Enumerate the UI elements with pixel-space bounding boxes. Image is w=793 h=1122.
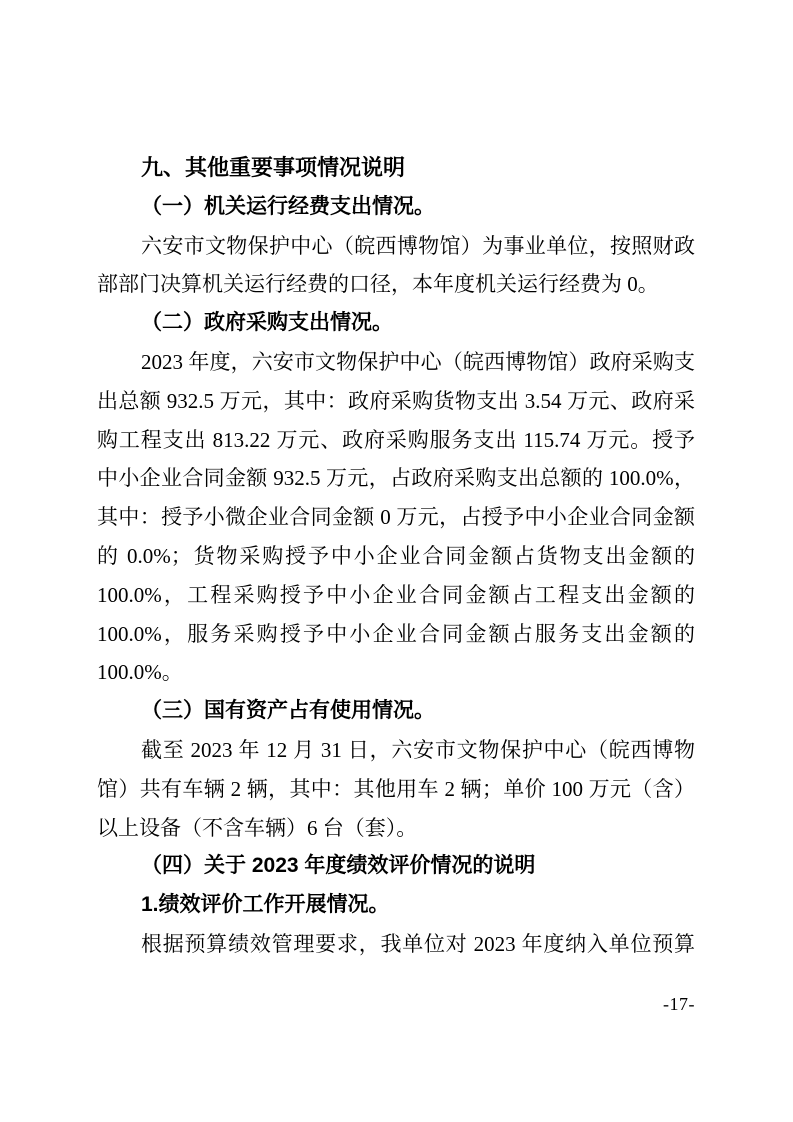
para-procurement-line: 的 0.0%；货物采购授予中小企业合同金额占货物支出金额的 [97,537,695,576]
subsection-heading-3: （三）国有资产占有使用情况。 [97,692,695,731]
subsection-heading-2: （二）政府采购支出情况。 [97,304,695,343]
para-procurement-line: 中小企业合同金额 932.5 万元，占政府采购支出总额的 100.0%， [97,459,695,498]
para-assets-line: 馆）共有车辆 2 辆，其中：其他用车 2 辆；单价 100 万元（含） [97,770,695,809]
para-performance-line: 根据预算绩效管理要求，我单位对 2023 年度纳入单位预算 [97,925,695,964]
para-procurement-line: 出总额 932.5 万元，其中：政府采购货物支出 3.54 万元、政府采 [97,382,695,421]
subsection-heading-4: （四）关于 2023 年度绩效评价情况的说明 [97,847,695,886]
para-procurement-line: 购工程支出 813.22 万元、政府采购服务支出 115.74 万元。授予 [97,421,695,460]
para-procurement-line: 其中：授予小微企业合同金额 0 万元，占授予中小企业合同金额 [97,498,695,537]
main-section-heading: 九、其他重要事项情况说明 [97,149,695,188]
subsection-heading-1: （一）机关运行经费支出情况。 [97,188,695,227]
para-procurement-line: 2023 年度，六安市文物保护中心（皖西博物馆）政府采购支 [97,343,695,382]
para-procurement-line: 100.0%，工程采购授予中小企业合同金额占工程支出金额的 [97,576,695,615]
document-page: 九、其他重要事项情况说明 （一）机关运行经费支出情况。 六安市文物保护中心（皖西… [0,0,793,1122]
para-procurement-line: 100.0%，服务采购授予中小企业合同金额占服务支出金额的 [97,615,695,654]
para-assets-line: 以上设备（不含车辆）6 台（套）。 [97,809,695,848]
page-number: -17- [97,994,695,1014]
sub-subsection-heading-performance: 1.绩效评价工作开展情况。 [97,886,695,925]
para-procurement-line: 100.0%。 [97,653,695,692]
para-operating-expense-line: 六安市文物保护中心（皖西博物馆）为事业单位，按照财政 [97,227,695,266]
para-operating-expense-line: 部部门决算机关运行经费的口径，本年度机关运行经费为 0。 [97,265,695,304]
document-body: 九、其他重要事项情况说明 （一）机关运行经费支出情况。 六安市文物保护中心（皖西… [97,149,695,964]
para-assets-line: 截至 2023 年 12 月 31 日，六安市文物保护中心（皖西博物 [97,731,695,770]
